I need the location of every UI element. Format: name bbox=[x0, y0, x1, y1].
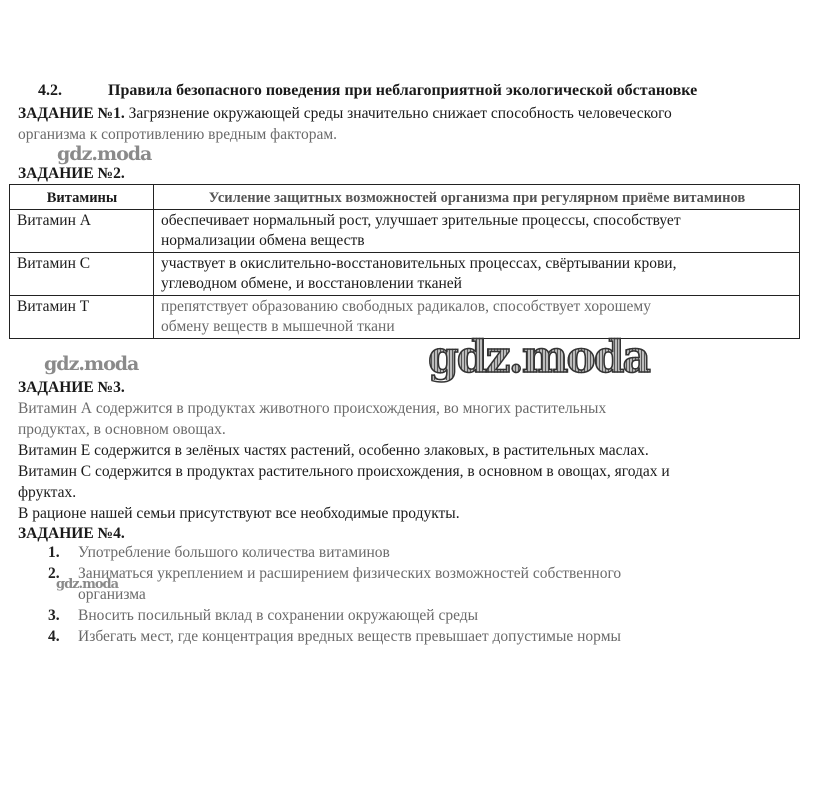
table-header-effect: Усиление защитных возможностей организма… bbox=[154, 185, 800, 210]
table-cell-effect: обеспечивает нормальный рост, улучшает з… bbox=[154, 209, 800, 252]
watermark-large: gdz.moda bbox=[428, 336, 649, 380]
watermark: gdz.moda bbox=[57, 143, 151, 165]
watermark: gdz.moda bbox=[44, 353, 138, 375]
list-number: 3. bbox=[48, 605, 60, 626]
task4-label: ЗАДАНИЕ №4. bbox=[18, 523, 125, 544]
vitamins-table: Витамины Усиление защитных возможностей … bbox=[9, 184, 800, 339]
task3-line: Витамин Е содержится в зелёных частях ра… bbox=[18, 440, 649, 461]
task3-line: фруктах. bbox=[18, 482, 76, 503]
table-row: Витамин Т препятствует образованию свобо… bbox=[10, 295, 800, 338]
task1-text-1: Загрязнение окружающей среды значительно… bbox=[129, 105, 672, 122]
effect-line: углеводном обмене, и восстановлении ткан… bbox=[161, 274, 793, 295]
watermark: gdz.moda bbox=[56, 577, 118, 592]
list-item: 1. Употребление большого количества вита… bbox=[18, 542, 621, 563]
task3-line: продуктах, в основном овощах. bbox=[18, 419, 226, 440]
task3-line: В рационе нашей семьи присутствуют все н… bbox=[18, 503, 460, 524]
table-cell-effect: участвует в окислительно-восстановительн… bbox=[154, 252, 800, 295]
table-cell-vitamin: Витамин А bbox=[10, 209, 154, 252]
section-title: Правила безопасного поведения при неблаг… bbox=[108, 82, 697, 99]
table-row: Витамин С участвует в окислительно-восст… bbox=[10, 252, 800, 295]
task2-label: ЗАДАНИЕ №2. bbox=[18, 163, 125, 184]
table-header-vitamins: Витамины bbox=[10, 185, 154, 210]
task3-label: ЗАДАНИЕ №3. bbox=[18, 377, 125, 398]
list-text: Избегать мест, где концентрация вредных … bbox=[78, 628, 621, 645]
effect-line: препятствует образованию свободных радик… bbox=[161, 297, 793, 318]
list-item: 3. Вносить посильный вклад в сохранении … bbox=[18, 605, 621, 626]
task4-list: 1. Употребление большого количества вита… bbox=[18, 542, 621, 647]
list-text: Заниматься укреплением и расширением физ… bbox=[78, 565, 621, 582]
effect-line: участвует в окислительно-восстановительн… bbox=[161, 254, 793, 275]
task1-line1: ЗАДАНИЕ №1. Загрязнение окружающей среды… bbox=[18, 103, 672, 124]
table-row: Витамин А обеспечивает нормальный рост, … bbox=[10, 209, 800, 252]
list-number: 1. bbox=[48, 542, 60, 563]
list-text: Употребление большого количества витамин… bbox=[78, 544, 390, 561]
effect-line: нормализации обмена веществ bbox=[161, 231, 793, 252]
list-text: Вносить посильный вклад в сохранении окр… bbox=[78, 607, 478, 624]
section-heading: 4.2.Правила безопасного поведения при не… bbox=[38, 82, 697, 100]
effect-line: обеспечивает нормальный рост, улучшает з… bbox=[161, 211, 793, 232]
list-item: 4. Избегать мест, где концентрация вредн… bbox=[18, 626, 621, 647]
list-text-continued: организма bbox=[78, 584, 621, 605]
task3-line: Витамин С содержится в продуктах растите… bbox=[18, 461, 670, 482]
task1-text-2: организма к сопротивлению вредным фактор… bbox=[18, 124, 337, 145]
task1-label: ЗАДАНИЕ №1. bbox=[18, 105, 125, 122]
table-cell-vitamin: Витамин С bbox=[10, 252, 154, 295]
task3-line: Витамин А содержится в продуктах животно… bbox=[18, 398, 606, 419]
table-cell-vitamin: Витамин Т bbox=[10, 295, 154, 338]
list-number: 4. bbox=[48, 626, 60, 647]
section-number: 4.2. bbox=[38, 82, 108, 100]
table-header-row: Витамины Усиление защитных возможностей … bbox=[10, 185, 800, 210]
